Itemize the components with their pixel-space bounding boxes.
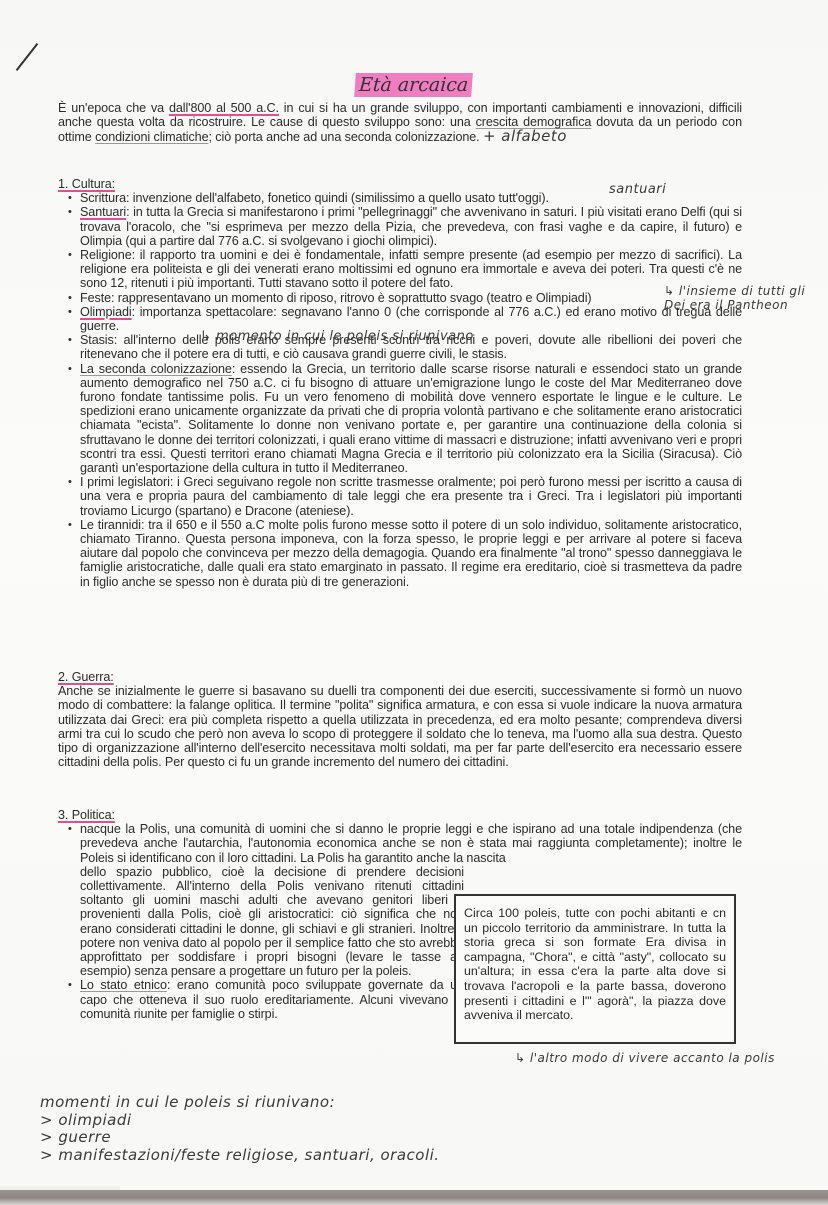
scanned-page: Età arcaica È un'epoca che va dall'800 a… — [0, 0, 828, 1195]
section-guerra: 2. Guerra: Anche se inizialmente le guer… — [58, 670, 742, 769]
handwritten-note: + alfabeto — [483, 127, 567, 145]
page-edge-shadow — [0, 1190, 828, 1205]
handwritten-note: ↳ l'altro modo di vivere accanto la poli… — [515, 1052, 815, 1065]
info-box: Circa 100 poleis, tutte con pochi abitan… — [454, 894, 736, 1044]
list-item: Religione: il rapporto tra uomini e dei … — [70, 248, 742, 291]
section-heading: 2. Guerra: — [58, 670, 742, 684]
page-title: Età arcaica — [355, 73, 474, 97]
list-item: Feste: rappresentavano un momento di rip… — [70, 291, 742, 305]
handwritten-note: santuari — [609, 182, 666, 197]
paragraph-left-column: dello spazio pubblico, cioè la decisione… — [80, 865, 464, 979]
section-heading: 3. Politica: — [58, 808, 742, 822]
list-item: Lo stato etnico: erano comunità poco svi… — [70, 978, 464, 1021]
list-item: Santuari: in tutta la Grecia si manifest… — [70, 205, 742, 248]
section-cultura: 1. Cultura: Scrittura: invenzione dell'a… — [58, 177, 742, 589]
handwritten-note: ↳ l'insieme di tutti gli Dei era il Pant… — [664, 284, 824, 312]
list-item: I primi legislatori: i Greci seguivano r… — [70, 475, 742, 518]
paragraph: Anche se inizialmente le guerre si basav… — [58, 684, 742, 769]
list-item: Le tirannidi: tra il 650 e il 550 a.C mo… — [70, 518, 742, 589]
pen-mark — [16, 43, 39, 71]
handwritten-note: ↳ momento in cui le poleis si riunivano — [200, 329, 474, 344]
list-item: La seconda colonizzazione: essendo la Gr… — [70, 362, 742, 476]
date-range: dall'800 al 500 a.C. — [169, 101, 279, 115]
handwritten-footer: momenti in cui le poleis si riunivano: >… — [40, 1094, 440, 1164]
intro-paragraph: È un'epoca che va dall'800 al 500 a.C. i… — [58, 101, 742, 145]
